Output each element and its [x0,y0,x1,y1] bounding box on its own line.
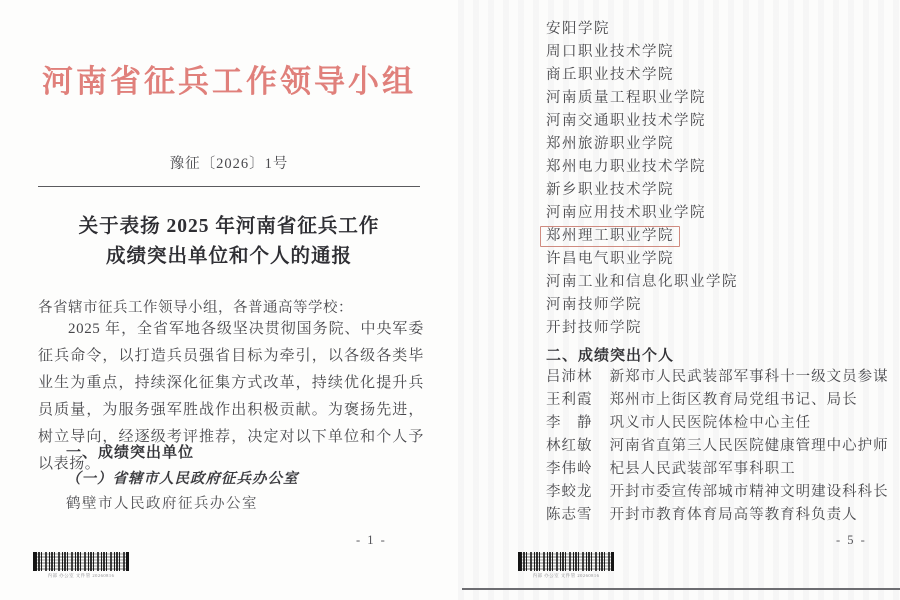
unit-list-item: 河南应用技术职业学院 [546,202,738,225]
individual-title: 开封市教育体育局高等教育科负责人 [610,507,858,523]
header-divider-line [38,186,420,187]
individual-title: 郑州市上街区教育局党组书记、局长 [610,392,858,408]
unit-label: 河南应用技术职业学院 [546,205,706,221]
individual-title: 巩义市人民医院体检中心主任 [610,415,812,431]
unit-label: 新乡职业技术学院 [546,182,674,198]
unit-label: 周口职业技术学院 [546,44,674,60]
section-2-heading: 二、成绩突出个人 [546,344,674,365]
unit-label: 河南技师学院 [546,297,642,313]
doc-title: 关于表扬 2025 年河南省征兵工作 成绩突出单位和个人的通报 [0,212,458,272]
highlighted-unit-red-box: 郑州理工职业学院 [540,226,680,247]
unit-item-hebi: 鹤壁市人民政府征兵办公室 [66,492,258,513]
barcode-stamp-left: 内部 办公室 文件管 20260816 [33,552,129,579]
unit-label: 河南质量工程职业学院 [546,90,706,106]
unit-list-item: 周口职业技术学院 [546,41,738,64]
unit-list: 安阳学院 周口职业技术学院 商丘职业技术学院 河南质量工程职业学院 河南交通职业… [546,18,738,340]
salutation: 各省辖市征兵工作领导小组，各普通高等学校： [38,296,433,317]
org-header-red-title: 河南省征兵工作领导小组 [0,56,458,101]
unit-label: 开封技师学院 [546,320,642,336]
individual-row: 王利霞 郑州市上街区教育局党组书记、局长 [546,389,889,412]
unit-list-item: 河南技师学院 [546,294,738,317]
unit-list-item-highlighted: 郑州理工职业学院 [546,225,738,248]
unit-list-item: 郑州旅游职业学院 [546,133,738,156]
document-scan: 河南省征兵工作领导小组 豫征〔2026〕1号 关于表扬 2025 年河南省征兵工… [0,0,900,600]
page-1: 河南省征兵工作领导小组 豫征〔2026〕1号 关于表扬 2025 年河南省征兵工… [0,0,458,600]
unit-list-item: 河南工业和信息化职业学院 [546,271,738,294]
page-number-1: - 1 - [356,533,387,548]
barcode-caption: 内部 办公室 文件管 20260816 [518,573,614,579]
individual-row: 林红敏 河南省直第三人民医院健康管理中心护师 [546,435,889,458]
doc-title-line1: 关于表扬 2025 年河南省征兵工作 [0,212,458,242]
individual-list: 吕沛林 新郑市人民武装部军事科十一级文员参谋 王利霞 郑州市上街区教育局党组书记… [546,366,889,527]
page-bottom-edge-shadow [462,588,900,590]
doc-title-line2: 成绩突出单位和个人的通报 [0,242,458,272]
individual-title: 杞县人民武装部军事科职工 [610,461,796,477]
unit-list-item: 开封技师学院 [546,317,738,340]
individual-row: 陈志雪 开封市教育体育局高等教育科负责人 [546,504,889,527]
individual-name: 林红敏 [546,435,606,458]
individual-title: 开封市委宣传部城市精神文明建设科科长 [610,484,889,500]
unit-list-item: 郑州电力职业技术学院 [546,156,738,179]
individual-name: 李伟岭 [546,458,606,481]
unit-list-item: 河南交通职业技术学院 [546,110,738,133]
individual-row: 李蛟龙 开封市委宣传部城市精神文明建设科科长 [546,481,889,504]
unit-label: 许昌电气职业学院 [546,251,674,267]
unit-list-item: 安阳学院 [546,18,738,41]
doc-number: 豫征〔2026〕1号 [0,152,458,173]
unit-list-item: 商丘职业技术学院 [546,64,738,87]
individual-name: 陈志雪 [546,504,606,527]
unit-label: 郑州旅游职业学院 [546,136,674,152]
unit-label: 河南交通职业技术学院 [546,113,706,129]
unit-label: 商丘职业技术学院 [546,67,674,83]
unit-label: 郑州电力职业技术学院 [546,159,706,175]
unit-label: 河南工业和信息化职业学院 [546,274,738,290]
barcode-caption: 内部 办公室 文件管 20260816 [33,573,129,579]
unit-list-item: 许昌电气职业学院 [546,248,738,271]
individual-row: 吕沛林 新郑市人民武装部军事科十一级文员参谋 [546,366,889,389]
page-number-5: - 5 - [836,533,867,548]
individual-row: 李 静 巩义市人民医院体检中心主任 [546,412,889,435]
unit-label: 安阳学院 [546,21,610,37]
individual-name: 王利霞 [546,389,606,412]
barcode-stamp-right: 内部 办公室 文件管 20260816 [518,552,614,579]
section-1-heading: 一、成绩突出单位 [66,441,194,462]
subsection-1-heading: （一）省辖市人民政府征兵办公室 [66,467,299,488]
unit-list-item: 河南质量工程职业学院 [546,87,738,110]
individual-name: 吕沛林 [546,366,606,389]
barcode-icon [518,552,614,571]
individual-title: 新郑市人民武装部军事科十一级文员参谋 [610,369,889,385]
individual-name: 李蛟龙 [546,481,606,504]
barcode-icon [33,552,129,571]
page-5: 安阳学院 周口职业技术学院 商丘职业技术学院 河南质量工程职业学院 河南交通职业… [458,0,900,600]
unit-list-item: 新乡职业技术学院 [546,179,738,202]
individual-name: 李 静 [546,412,606,435]
individual-row: 李伟岭 杞县人民武装部军事科职工 [546,458,889,481]
individual-title: 河南省直第三人民医院健康管理中心护师 [610,438,889,454]
